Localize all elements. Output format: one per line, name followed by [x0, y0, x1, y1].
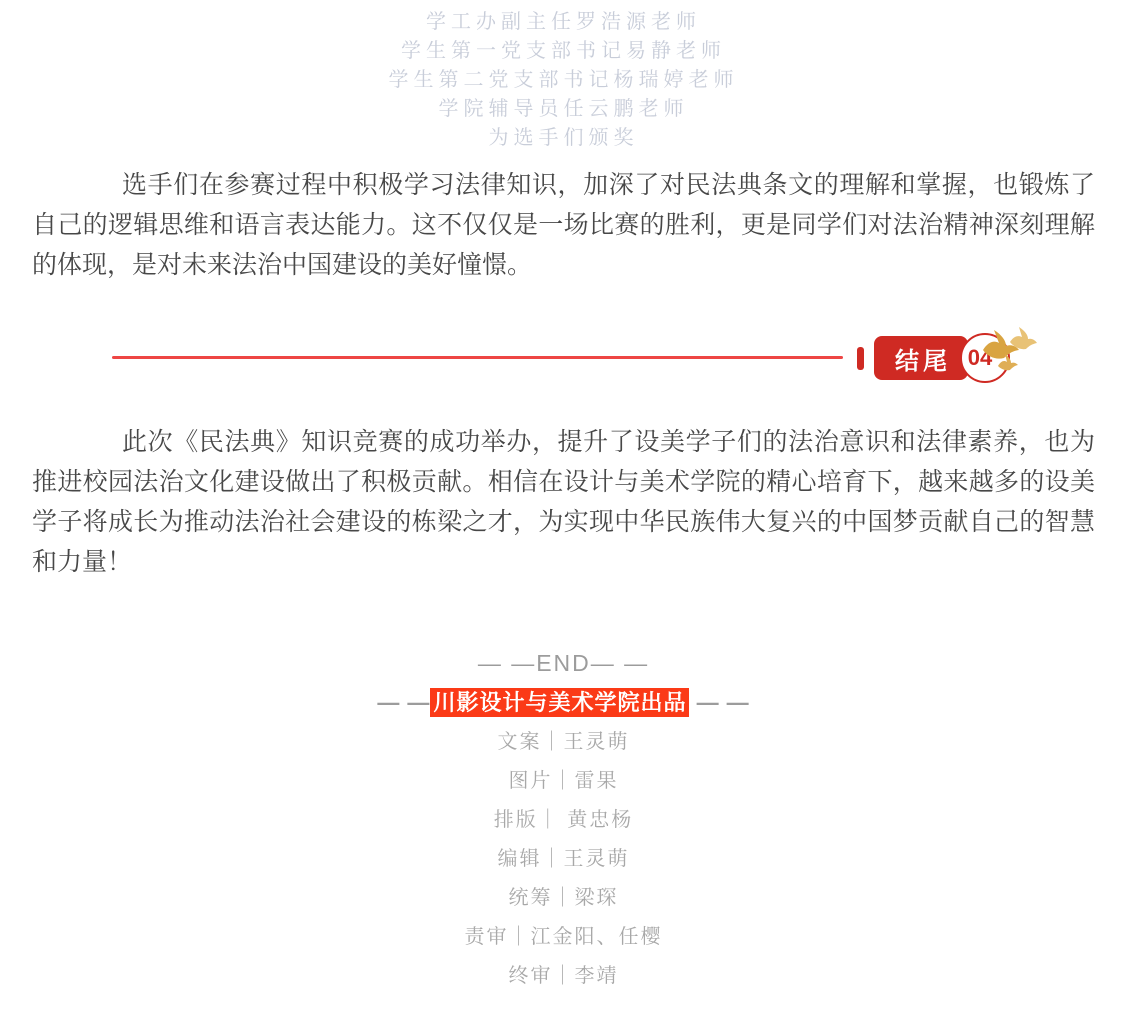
- body-paragraph: 此次《民法典》知识竞赛的成功举办，提升了设美学子们的法治意识和法律素养，也为推进…: [32, 422, 1095, 582]
- body-paragraph: 选手们在参赛过程中积极学习法律知识，加深了对民法典条文的理解和掌握，也锻炼了自己…: [32, 165, 1095, 285]
- caption-line: 学生第二党支部书记杨瑞婷老师: [0, 66, 1127, 95]
- caption-line: 为选手们颁奖: [0, 124, 1127, 153]
- credit-photos: 图片｜雷果: [0, 762, 1127, 801]
- produced-suffix-dashes: — —: [689, 690, 749, 715]
- credit-layout: 排版｜ 黄忠杨: [0, 801, 1127, 840]
- credit-editor: 编辑｜王灵萌: [0, 840, 1127, 879]
- divider-tick-bar: [857, 347, 864, 370]
- section-divider: 结尾 04: [0, 330, 1127, 390]
- article-page: 学工办副主任罗浩源老师 学生第一党支部书记易静老师 学生第二党支部书记杨瑞婷老师…: [0, 0, 1127, 1013]
- credit-copywriter: 文案｜王灵萌: [0, 723, 1127, 762]
- credits-block: 文案｜王灵萌 图片｜雷果 排版｜ 黄忠杨 编辑｜王灵萌 统筹｜梁琛 责审｜江金阳…: [0, 723, 1127, 996]
- caption-line: 学院辅导员任云鹏老师: [0, 95, 1127, 124]
- section-title-label: 结尾: [891, 341, 951, 376]
- section-title-badge: 结尾: [874, 336, 968, 380]
- credit-final-reviewer: 终审｜李靖: [0, 957, 1127, 996]
- credit-reviewers: 责审｜江金阳、任樱: [0, 918, 1127, 957]
- credit-coordinator: 统筹｜梁琛: [0, 879, 1127, 918]
- produced-by-line: — —川影设计与美术学院出品 — —: [0, 689, 1127, 717]
- produced-by-highlight: 川影设计与美术学院出品: [430, 688, 689, 717]
- divider-line: [112, 356, 843, 359]
- caption-line: 学工办副主任罗浩源老师: [0, 8, 1127, 37]
- produced-prefix-dashes: — —: [377, 690, 430, 715]
- caption-line: 学生第一党支部书记易静老师: [0, 37, 1127, 66]
- photo-caption-block: 学工办副主任罗浩源老师 学生第一党支部书记易静老师 学生第二党支部书记杨瑞婷老师…: [0, 8, 1127, 153]
- end-marker: — —END— —: [0, 650, 1127, 676]
- doves-icon: [980, 316, 1038, 372]
